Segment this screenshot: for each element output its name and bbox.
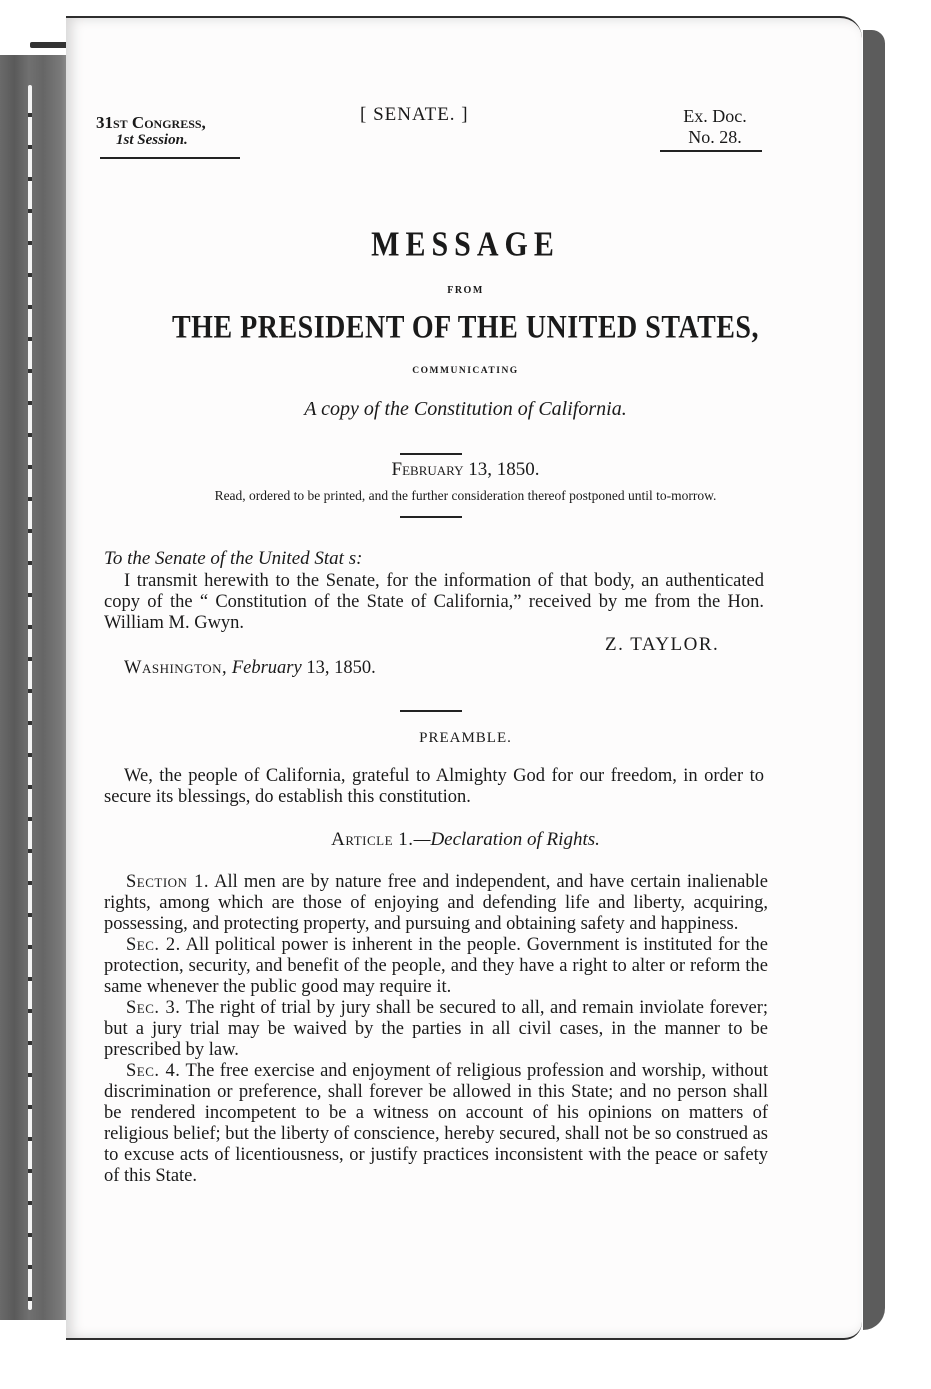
section-label: Section 1. (126, 872, 209, 892)
divider-rule (400, 516, 462, 518)
letter-signature: Z. TAYLOR. (605, 634, 719, 656)
divider-rule (400, 710, 462, 712)
doc-number: No. 28. (668, 127, 762, 148)
section-label: Sec. 3. (126, 998, 180, 1018)
section-3: Sec. 3. The right of trial by jury shall… (104, 998, 768, 1061)
title-message: MESSAGE (0, 225, 931, 264)
preamble-text: We, the people of California, grateful t… (104, 766, 764, 808)
place-day-year: 13, 1850. (302, 658, 376, 678)
sections-list: Section 1. All men are by nature free an… (104, 872, 768, 1187)
dateline-note: Read, ordered to be printed, and the fur… (0, 488, 931, 504)
document-number: Ex. Doc. No. 28. (668, 106, 762, 148)
header-rule-left (100, 157, 240, 159)
chamber-label: [ SENATE. ] (360, 104, 469, 126)
binding-stitch (28, 85, 32, 1310)
title-communicating: COMMUNICATING (0, 366, 931, 376)
congress-label: 31st Congress, (96, 112, 206, 133)
section-label: Sec. 2. (126, 935, 181, 955)
section-4: Sec. 4. The free exercise and enjoyment … (104, 1061, 768, 1187)
section-text: The right of trial by jury shall be secu… (104, 998, 768, 1060)
place-month: February (232, 658, 302, 678)
section-text: The free exercise and enjoyment of relig… (104, 1061, 768, 1186)
letter-body: I transmit herewith to the Senate, for t… (104, 571, 764, 634)
section-text: All political power is inherent in the p… (104, 935, 768, 997)
dateline-date: February 13, 1850. (0, 459, 931, 481)
divider-rule (400, 453, 462, 455)
section-1: Section 1. All men are by nature free an… (104, 872, 768, 935)
header-rule-right (660, 150, 762, 152)
section-2: Sec. 2. All political power is inherent … (104, 935, 768, 998)
title-subject: A copy of the Constitution of California… (0, 398, 931, 421)
session-label: 1st Session. (116, 132, 188, 149)
place: Washington, (124, 658, 227, 678)
title-president: THE PRESIDENT OF THE UNITED STATES, (0, 309, 931, 347)
section-label: Sec. 4. (126, 1061, 180, 1081)
title-from: FROM (0, 285, 931, 296)
preamble-heading: PREAMBLE. (0, 730, 931, 747)
doc-type: Ex. Doc. (668, 106, 762, 127)
article-heading: Article 1.—Declaration of Rights. (0, 829, 931, 851)
letter-place-date: Washington, February 13, 1850. (124, 658, 376, 679)
letter-salutation: To the Senate of the United Stat s: (104, 548, 362, 570)
